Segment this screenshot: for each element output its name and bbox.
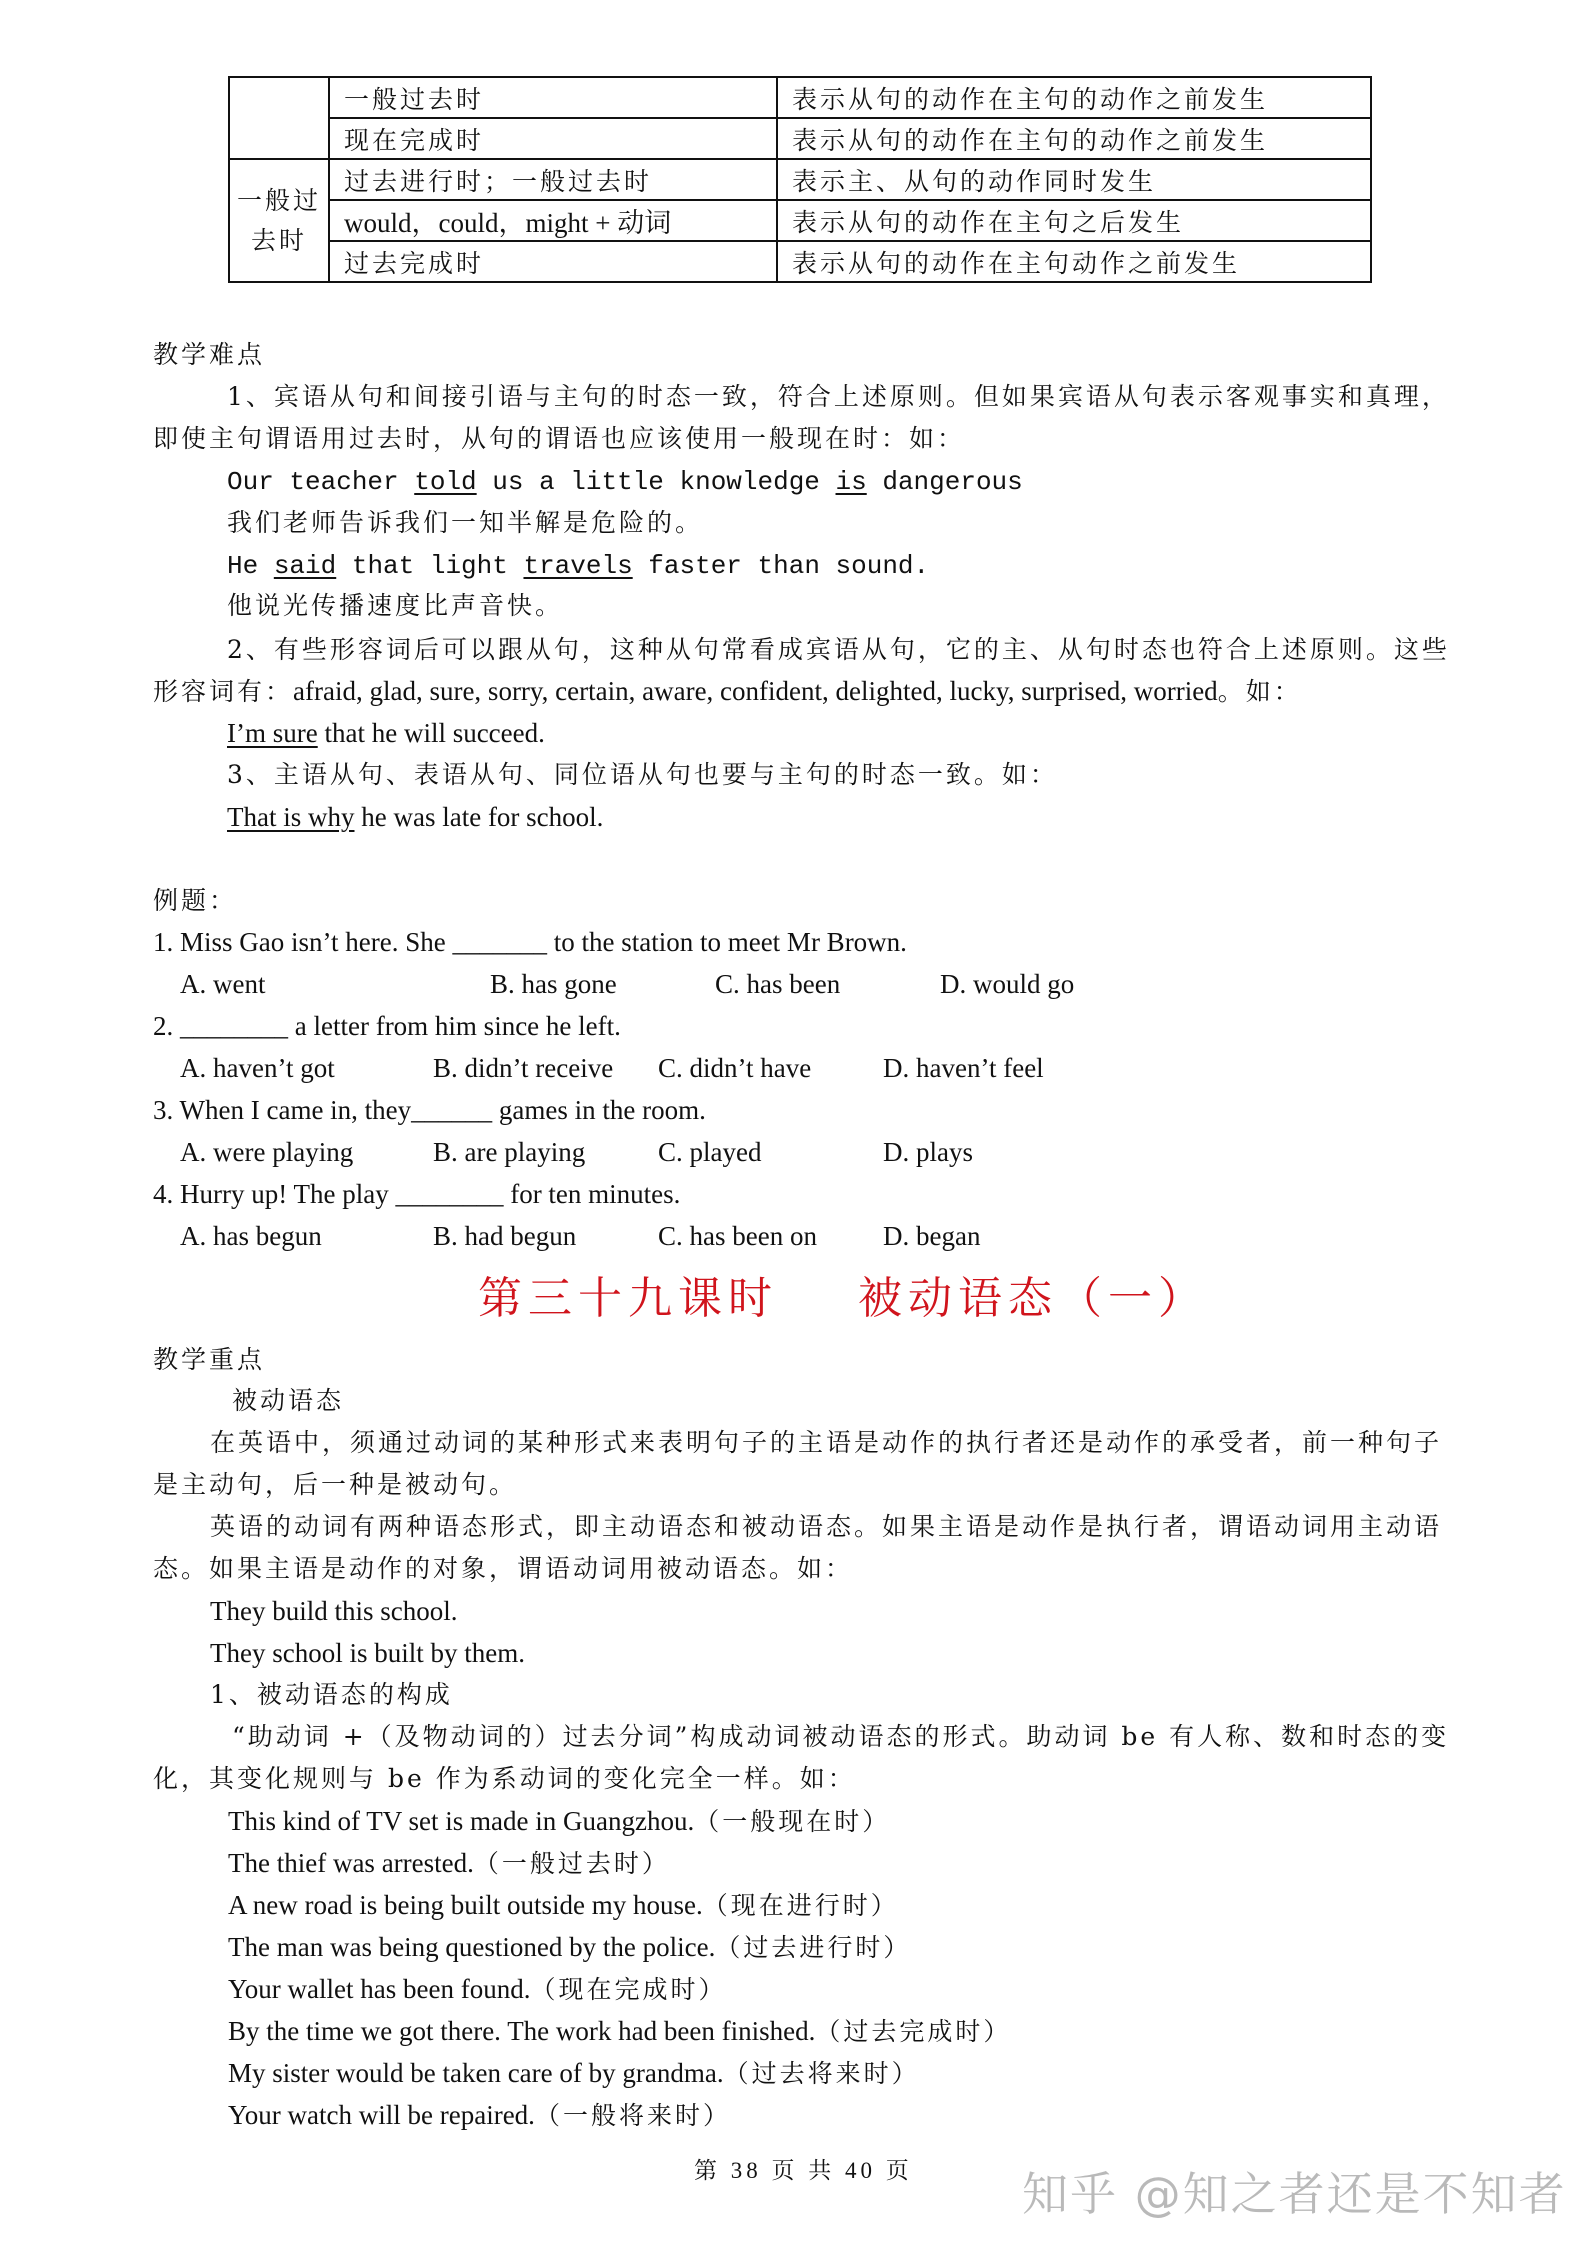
passive-example: Your wallet has been found.（现在完成时） [228, 1972, 726, 2011]
section-heading-key-points: 教学重点 [153, 1343, 265, 1377]
passive-example: This kind of TV set is made in Guangzhou… [228, 1804, 890, 1843]
text: The man was being questioned by the poli… [228, 1932, 715, 1962]
example-sentence: I’m sure that he will succeed. [227, 716, 545, 750]
tense-label: （一般将来时） [535, 2101, 731, 2130]
tense-label: （现在进行时） [703, 1891, 899, 1920]
watermark: 知乎 @知之者还是不知者 [1022, 2158, 1567, 2224]
underlined-word: travels [523, 551, 632, 581]
table-cell-empty [229, 77, 329, 159]
text: us a little knowledge [477, 467, 836, 497]
text: 形容词有： [153, 677, 293, 706]
text: faster than sound. [633, 551, 929, 581]
passive-example: My sister would be taken care of by gran… [228, 2056, 920, 2095]
passive-example: By the time we got there. The work had b… [228, 2014, 1011, 2053]
text: he was late for school. [355, 802, 604, 832]
paragraph-line: 形容词有：afraid, glad, sure, sorry, certain,… [153, 674, 1302, 713]
option-b: B. didn’t receive [433, 1051, 613, 1085]
text: Our teacher [227, 467, 414, 497]
table-cell: 表示从句的动作在主句之后发生 [777, 200, 1371, 241]
option-d: D. haven’t feel [883, 1051, 1044, 1085]
table-cell: would，could，might + 动词 [329, 200, 777, 241]
example-translation: 我们老师告诉我们一知半解是危险的。 [227, 506, 703, 540]
section-subheading: 1、被动语态的构成 [210, 1678, 453, 1712]
lesson-topic: 被动语态（一） [858, 1273, 1208, 1324]
table-cell: 表示从句的动作在主句动作之前发生 [777, 241, 1371, 282]
table-cell: 一般过去时 [329, 77, 777, 118]
text: My sister would be taken care of by gran… [228, 2058, 724, 2088]
subheading: 被动语态 [232, 1384, 344, 1418]
table-row: 现在完成时 表示从句的动作在主句的动作之前发生 [229, 118, 1371, 159]
option-c: C. didn’t have [658, 1051, 811, 1085]
option-c: C. has been [715, 967, 840, 1001]
table-cell: 表示主、从句的动作同时发生 [777, 159, 1371, 200]
section-heading-exercises: 例题： [153, 884, 237, 918]
underlined-phrase: I’m sure [227, 718, 318, 748]
paragraph-line: “助动词 +（及物动词的）过去分词”构成动词被动语态的形式。助动词 be 有人称… [232, 1720, 1449, 1754]
paragraph-line: 是主动句，后一种是被动句。 [153, 1468, 517, 1502]
table-row: 一般过去时 过去进行时；一般过去时 表示主、从句的动作同时发生 [229, 159, 1371, 200]
table-cell: 过去完成时 [329, 241, 777, 282]
page-number: 第 38 页 共 40 页 [694, 2152, 913, 2185]
tense-label: （现在完成时） [530, 1975, 726, 2004]
example-translation: 他说光传播速度比声音快。 [227, 589, 563, 623]
paragraph-line: 2、有些形容词后可以跟从句，这种从句常看成宾语从句，它的主、从句时态也符合上述原… [227, 633, 1450, 667]
table-cell: 现在完成时 [329, 118, 777, 159]
option-b: B. are playing [433, 1135, 585, 1169]
question-stem: 4. Hurry up! The play ________ for ten m… [153, 1177, 680, 1211]
example-sentence: He said that light travels faster than s… [227, 549, 929, 583]
passive-example: A new road is being built outside my hou… [228, 1888, 899, 1927]
tense-label: （过去完成时） [815, 2017, 1011, 2046]
lesson-title: 第三十九课时被动语态（一） [478, 1262, 1208, 1326]
paragraph-line: 3、主语从句、表语从句、同位语从句也要与主句的时态一致。如： [227, 758, 1058, 792]
section-heading-difficulties: 教学难点 [153, 338, 265, 372]
table-cell: 表示从句的动作在主句的动作之前发生 [777, 118, 1371, 159]
option-a: A. went [180, 967, 265, 1001]
paragraph-line: 化，其变化规则与 be 作为系动词的变化完全一样。如： [153, 1762, 856, 1796]
table-row: 一般过去时 表示从句的动作在主句的动作之前发生 [229, 77, 1371, 118]
text: dangerous [867, 467, 1023, 497]
text: A new road is being built outside my hou… [228, 1890, 703, 1920]
question-stem: 1. Miss Gao isn’t here. She _______ to t… [153, 925, 907, 959]
text: By the time we got there. The work had b… [228, 2016, 815, 2046]
option-d: D. plays [883, 1135, 973, 1169]
text: that he will succeed. [318, 718, 545, 748]
option-c: C. has been on [658, 1219, 817, 1253]
example-sentence: That is why he was late for school. [227, 800, 603, 834]
underlined-word: said [274, 551, 336, 581]
tense-label: （过去进行时） [715, 1933, 911, 1962]
underlined-phrase: That is why [227, 802, 355, 832]
tense-label: （一般现在时） [694, 1807, 890, 1836]
question-stem: 2. ________ a letter from him since he l… [153, 1009, 621, 1043]
paragraph-line: 在英语中，须通过动词的某种形式来表明句子的主语是动作的执行者还是动作的承受者，前… [210, 1426, 1442, 1460]
text: that light [336, 551, 523, 581]
option-a: A. haven’t got [180, 1051, 335, 1085]
adjective-list: afraid, glad, sure, sorry, certain, awar… [293, 676, 1218, 706]
example-sentence: They build this school. [210, 1594, 457, 1628]
paragraph-line: 英语的动词有两种语态形式，即主动语态和被动语态。如果主语是动作是执行者，谓语动词… [210, 1510, 1442, 1544]
tense-table: 一般过去时 表示从句的动作在主句的动作之前发生 现在完成时 表示从句的动作在主句… [228, 76, 1372, 283]
table-cell: 表示从句的动作在主句的动作之前发生 [777, 77, 1371, 118]
table-cell: 过去进行时；一般过去时 [329, 159, 777, 200]
passive-example: The thief was arrested.（一般过去时） [228, 1846, 670, 1885]
underlined-word: told [414, 467, 476, 497]
example-sentence: They school is built by them. [210, 1636, 525, 1670]
option-c: C. played [658, 1135, 761, 1169]
tense-label: （一般过去时） [474, 1849, 670, 1878]
option-d: D. began [883, 1219, 980, 1253]
paragraph-line: 1、宾语从句和间接引语与主句的时态一致，符合上述原则。但如果宾语从句表示客观事实… [227, 380, 1450, 414]
option-a: A. has begun [180, 1219, 322, 1253]
example-sentence: Our teacher told us a little knowledge i… [227, 465, 1023, 499]
passive-example: The man was being questioned by the poli… [228, 1930, 911, 1969]
text: Your wallet has been found. [228, 1974, 530, 2004]
paragraph-line: 态。如果主语是动作的对象，谓语动词用被动语态。如： [153, 1552, 853, 1586]
lesson-number: 第三十九课时 [478, 1273, 778, 1324]
option-d: D. would go [940, 967, 1074, 1001]
tense-label: （过去将来时） [724, 2059, 920, 2088]
text: This kind of TV set is made in Guangzhou… [228, 1806, 694, 1836]
text: He [227, 551, 274, 581]
underlined-word: is [836, 467, 867, 497]
option-b: B. had begun [433, 1219, 576, 1253]
question-stem: 3. When I came in, they______ games in t… [153, 1093, 706, 1127]
table-row: 过去完成时 表示从句的动作在主句动作之前发生 [229, 241, 1371, 282]
paragraph-line: 即使主句谓语用过去时，从句的谓语也应该使用一般现在时：如： [153, 422, 965, 456]
passive-example: Your watch will be repaired.（一般将来时） [228, 2098, 731, 2137]
table-cell-main-tense: 一般过去时 [229, 159, 329, 282]
option-b: B. has gone [490, 967, 617, 1001]
option-a: A. were playing [180, 1135, 353, 1169]
table-row: would，could，might + 动词 表示从句的动作在主句之后发生 [229, 200, 1371, 241]
text: 。如： [1218, 677, 1302, 706]
text: The thief was arrested. [228, 1848, 474, 1878]
text: Your watch will be repaired. [228, 2100, 535, 2130]
